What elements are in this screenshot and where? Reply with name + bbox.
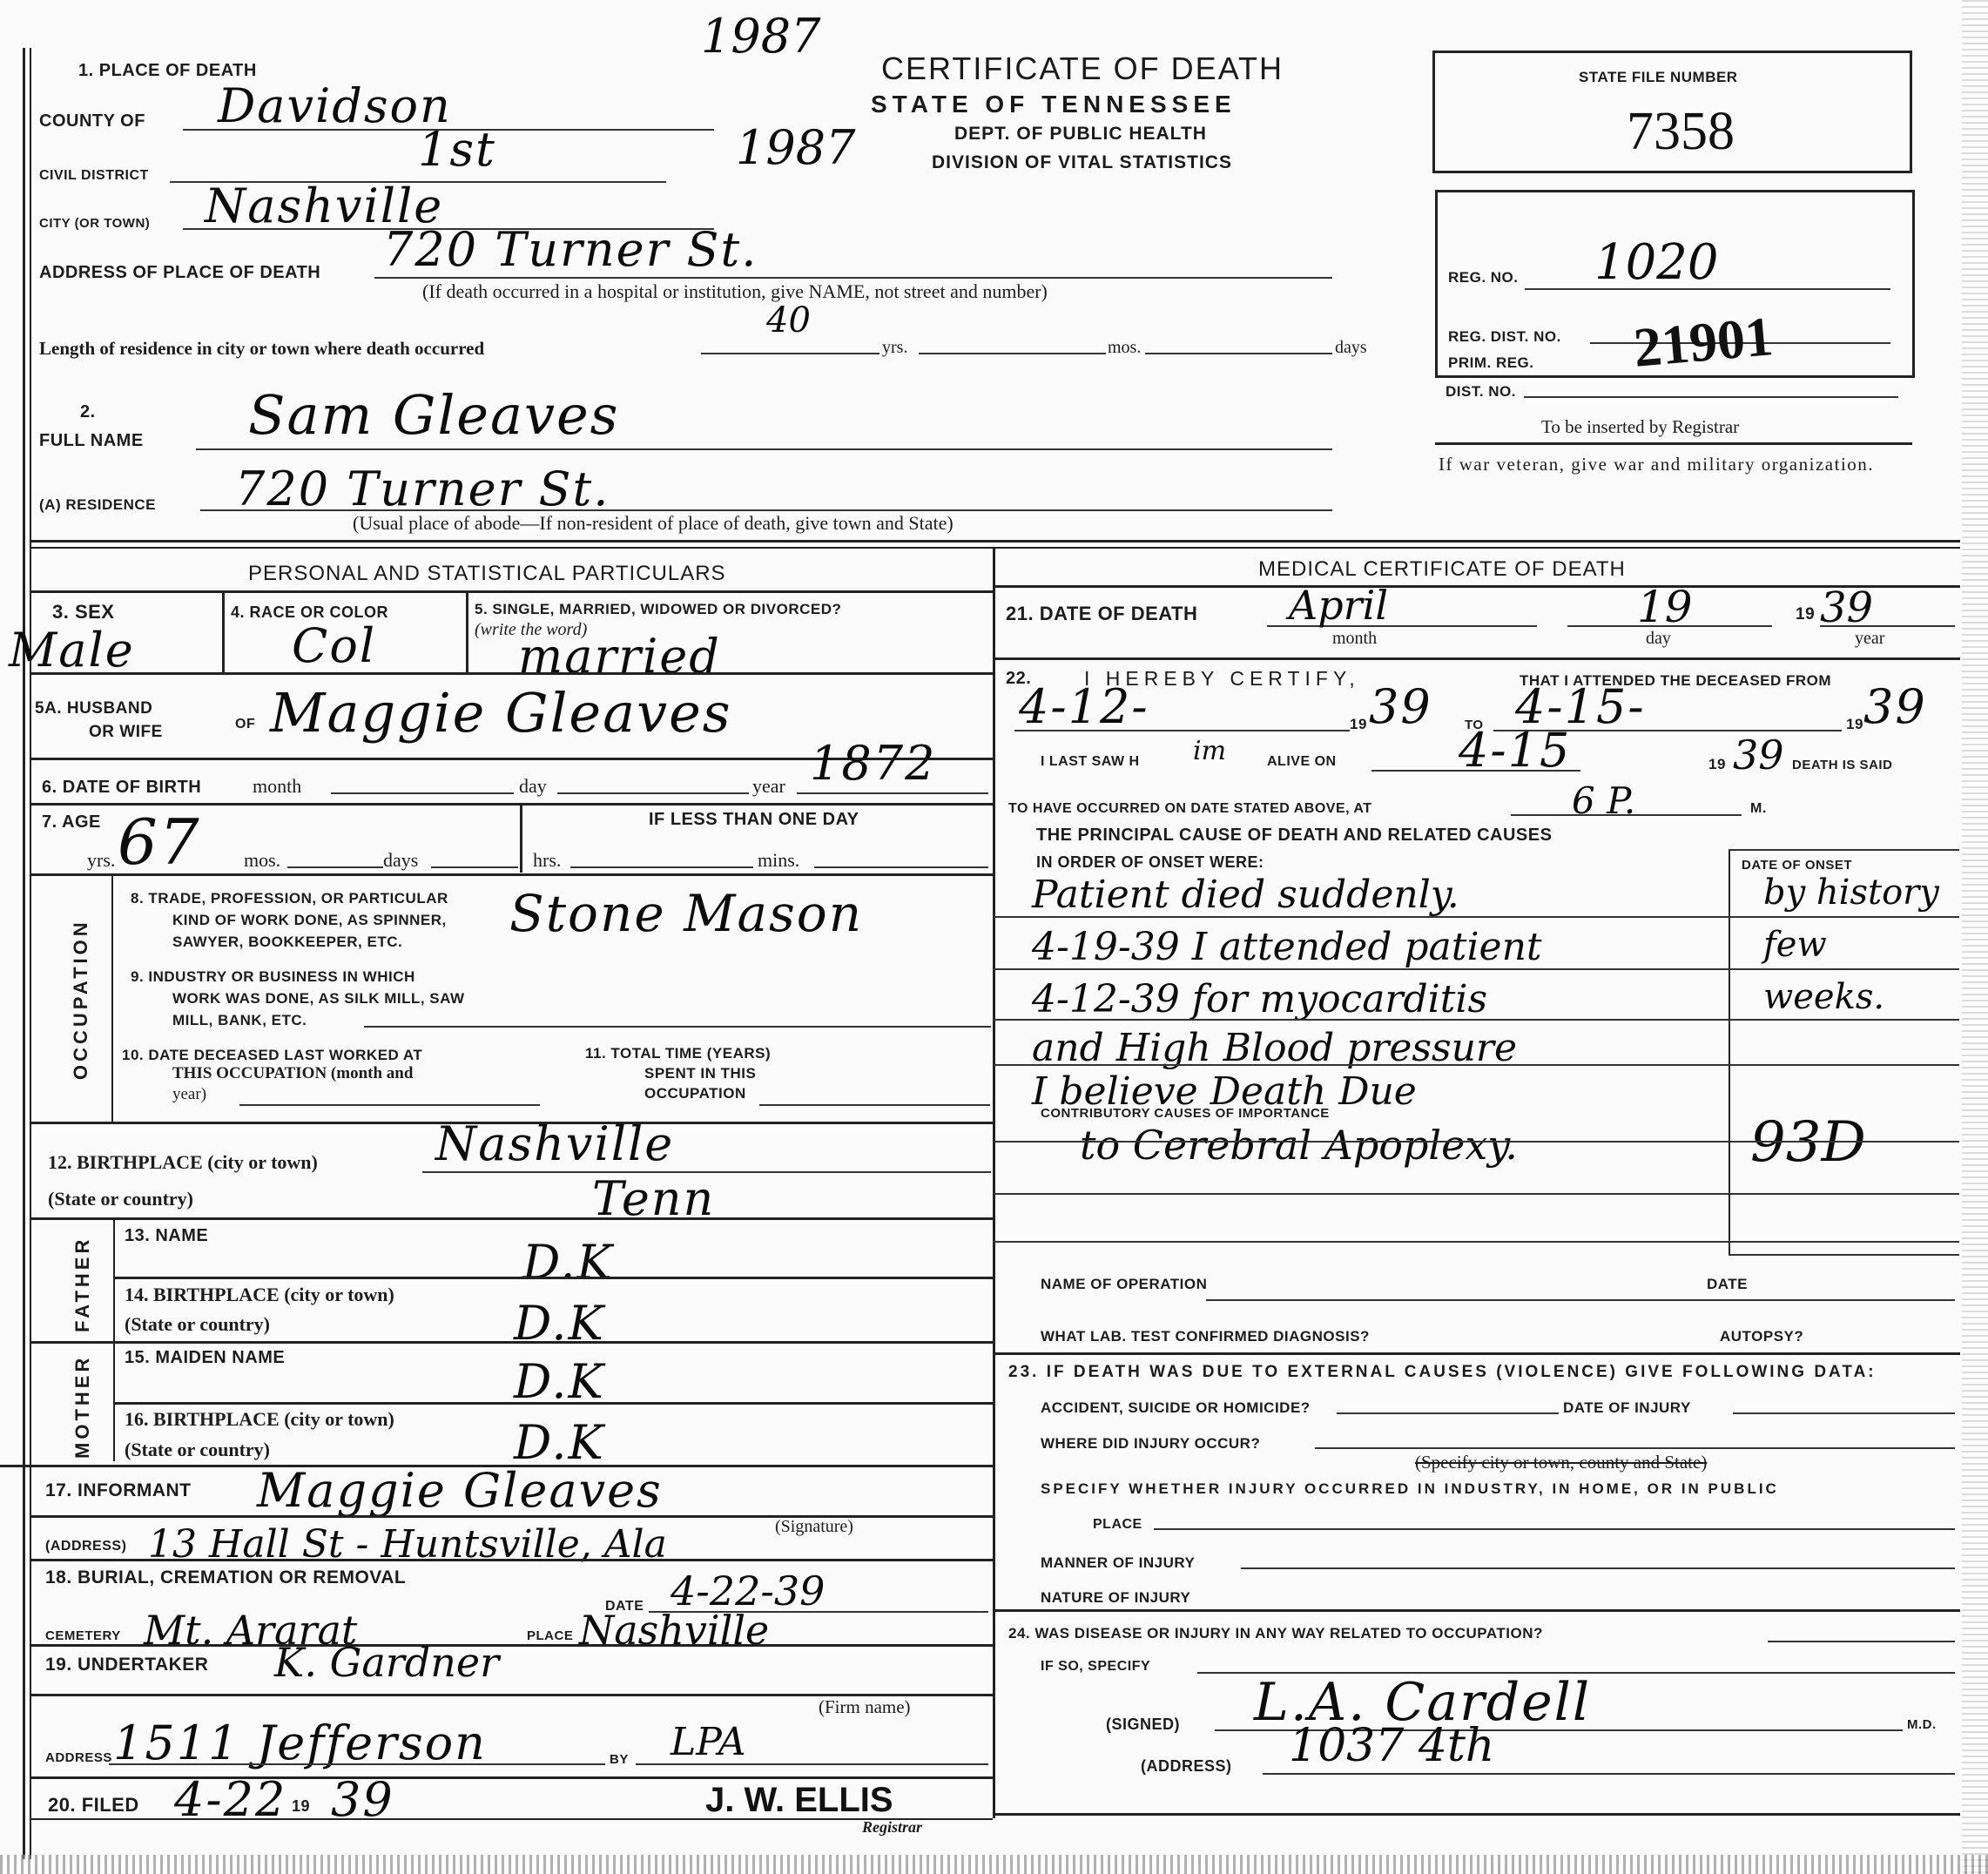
last-worked-label-1: 10. DATE DECEASED LAST WORKED AT bbox=[122, 1047, 422, 1064]
mother-name-value: D.K bbox=[514, 1354, 605, 1409]
physician-address-label: (ADDRESS) bbox=[1141, 1757, 1232, 1776]
registrar-title: Registrar bbox=[862, 1818, 922, 1837]
total-time-line bbox=[759, 1104, 990, 1106]
dob-year-value: 1872 bbox=[810, 736, 936, 791]
full-name-number: 2. bbox=[80, 402, 96, 422]
mother-vertical-label: MOTHER bbox=[71, 1355, 94, 1459]
by-label: BY bbox=[610, 1752, 629, 1767]
registrar-box-bottom bbox=[1435, 442, 1912, 445]
mother-birthplace-value: D.K bbox=[514, 1415, 605, 1470]
total-time-label-2: SPENT IN THIS bbox=[644, 1065, 756, 1082]
personal-header: PERSONAL AND STATISTICAL PARTICULARS bbox=[248, 562, 726, 586]
operation-line bbox=[1206, 1299, 1955, 1301]
industry-label-3: MILL, BANK, ETC. bbox=[172, 1012, 307, 1029]
last-saw-date-value: 4-15 bbox=[1459, 723, 1571, 778]
age-mos-line bbox=[287, 866, 383, 868]
row-line-sex bbox=[31, 672, 993, 675]
district-stamp: 21901 bbox=[1631, 304, 1776, 381]
mother-state-label: (State or country) bbox=[125, 1439, 270, 1461]
onset-bottom-line bbox=[1729, 1254, 1959, 1256]
cause-line-1: Patient died suddenly. bbox=[1032, 873, 1459, 917]
mos-line bbox=[919, 353, 1106, 354]
autopsy-label: AUTOPSY? bbox=[1720, 1328, 1803, 1345]
birthplace-label: 12. BIRTHPLACE (city or town) bbox=[48, 1151, 318, 1174]
undertaker-label: 19. UNDERTAKER bbox=[45, 1655, 208, 1675]
row-line-filed bbox=[31, 1818, 993, 1820]
spouse-label-1: 5A. HUSBAND bbox=[35, 699, 152, 718]
address-hint: (If death occurred in a hospital or inst… bbox=[422, 280, 1048, 303]
mins-line bbox=[814, 866, 988, 868]
industry-line bbox=[364, 1026, 991, 1028]
dod-year-line bbox=[1820, 625, 1955, 627]
cause-rule-4 bbox=[993, 1064, 1959, 1066]
full-name-label: FULL NAME bbox=[39, 431, 144, 451]
physician-address-line bbox=[1263, 1773, 1955, 1775]
full-name-value: Sam Gleaves bbox=[248, 383, 619, 447]
row-line-dod bbox=[993, 657, 1960, 660]
undertaker-address-line bbox=[109, 1763, 605, 1765]
occupation-related-label: 24. WAS DISEASE OR INJURY IN ANY WAY REL… bbox=[1008, 1625, 1543, 1642]
m-label: M. bbox=[1750, 801, 1767, 817]
last-saw-year-value: 39 bbox=[1733, 731, 1784, 779]
external-causes-label: 23. IF DEATH WAS DUE TO EXTERNAL CAUSES … bbox=[1008, 1363, 1877, 1382]
attended-to-year-value: 39 bbox=[1863, 679, 1927, 734]
alive-on-label: ALIVE ON bbox=[1267, 754, 1337, 770]
dob-month-line bbox=[331, 792, 514, 794]
md-label: M.D. bbox=[1907, 1717, 1937, 1732]
last-saw-year-prefix: 19 bbox=[1708, 756, 1726, 773]
father-state-label: (State or country) bbox=[125, 1313, 270, 1336]
contributory-code: 93D bbox=[1750, 1110, 1866, 1175]
row-line-nature bbox=[993, 1609, 1960, 1612]
manner-line bbox=[1241, 1567, 1955, 1569]
division-title: DIVISION OF VITAL STATISTICS bbox=[932, 152, 1232, 173]
city-label: CITY (OR TOWN) bbox=[39, 216, 150, 231]
address-of-death-value: 720 Turner St. bbox=[383, 222, 758, 277]
industry-label-2: WORK WAS DONE, AS SILK MILL, SAW bbox=[172, 990, 465, 1008]
dob-year-label: year bbox=[752, 775, 785, 798]
injury-date-line bbox=[1733, 1412, 1955, 1414]
certificate-title: CERTIFICATE OF DEATH bbox=[881, 51, 1284, 87]
if-so-label: IF SO, SPECIFY bbox=[1041, 1659, 1150, 1675]
principal-cause-label: THE PRINCIPAL CAUSE OF DEATH AND RELATED… bbox=[1036, 826, 1552, 846]
specify-label: SPECIFY WHETHER INJURY OCCURRED IN INDUS… bbox=[1041, 1480, 1779, 1498]
onset-divider bbox=[1729, 849, 1730, 1110]
dob-day-line bbox=[557, 792, 749, 794]
burial-label: 18. BURIAL, CREMATION OR REMOVAL bbox=[45, 1567, 406, 1588]
age-days-label: days bbox=[383, 849, 418, 872]
residence-years-line bbox=[701, 353, 879, 354]
last-worked-line bbox=[239, 1104, 540, 1106]
age-yrs-label: yrs. bbox=[87, 849, 115, 872]
row-line-birthplace bbox=[31, 1217, 993, 1220]
undertaker-value: K. Gardner bbox=[274, 1639, 499, 1686]
state-file-box: STATE FILE NUMBER 7358 bbox=[1432, 51, 1912, 173]
registrar-box: REG. No. 1020 REG. DIST. No. PRIM. REG. … bbox=[1435, 190, 1915, 378]
contributory-rule-3 bbox=[993, 1241, 1959, 1243]
residence-length-label: Length of residence in city or town wher… bbox=[39, 338, 484, 360]
state-file-label: STATE FILE NUMBER bbox=[1579, 69, 1738, 86]
dept-title: DEPT. OF PUBLIC HEALTH bbox=[954, 124, 1207, 145]
mother-birthplace-label: 16. BIRTHPLACE (city or town) bbox=[125, 1408, 394, 1431]
dob-month-label: month bbox=[253, 775, 301, 798]
contributory-value: to Cerebral Apoplexy. bbox=[1080, 1122, 1518, 1169]
spouse-of-label: OF bbox=[235, 717, 255, 732]
residence-years-value: 40 bbox=[766, 300, 811, 340]
attended-from-value: 4-12- bbox=[1019, 679, 1149, 734]
row-line-burial bbox=[31, 1644, 993, 1647]
left-border-inner bbox=[30, 48, 31, 1859]
county-value: Davidson bbox=[218, 78, 452, 133]
father-vertical-label: FATHER bbox=[71, 1237, 94, 1332]
manner-label: MANNER OF INJURY bbox=[1041, 1554, 1195, 1572]
physician-address-value: 1037 4th bbox=[1289, 1720, 1494, 1772]
scan-noise-bottom bbox=[0, 1855, 1988, 1874]
dob-day-label: day bbox=[519, 775, 547, 798]
where-hint: (Specify city or town, county and State) bbox=[1415, 1452, 1707, 1473]
total-time-label-3: OCCUPATION bbox=[644, 1085, 746, 1102]
by-value: LPA bbox=[671, 1720, 746, 1764]
dod-day-value: 19 bbox=[1637, 582, 1693, 632]
annotation-top: 1987 bbox=[701, 9, 820, 64]
cause-rule-3 bbox=[993, 1019, 1959, 1021]
death-said-label: DEATH IS SAID bbox=[1792, 758, 1892, 772]
prim-reg-label: PRIM. REG. bbox=[1448, 354, 1534, 372]
cause-line-2: 4-19-39 I attended patient bbox=[1032, 925, 1542, 969]
age-mos-label: mos. bbox=[244, 849, 280, 872]
residence-hint: (Usual place of abode—If non-resident of… bbox=[353, 512, 954, 535]
scan-noise-right bbox=[1962, 0, 1988, 1874]
father-birthplace-label: 14. BIRTHPLACE (city or town) bbox=[125, 1284, 394, 1306]
informant-label: 17. INFORMANT bbox=[45, 1480, 192, 1501]
annotation-side: 1987 bbox=[736, 120, 855, 175]
trade-value: Stone Mason bbox=[509, 884, 863, 943]
hrs-label: hrs. bbox=[533, 849, 561, 872]
informant-value: Maggie Gleaves bbox=[257, 1463, 663, 1518]
attended-from-line bbox=[1014, 730, 1350, 731]
row-line-informant-address bbox=[31, 1559, 993, 1561]
onset-line-3: weeks. bbox=[1763, 977, 1884, 1017]
marital-value: married bbox=[518, 629, 721, 684]
row-line-lab bbox=[993, 1352, 1960, 1355]
attended-to-year-prefix: 19 bbox=[1846, 716, 1863, 733]
trade-label-1: 8. TRADE, PROFESSION, OR PARTICULAR bbox=[131, 890, 448, 907]
age-value: 67 bbox=[118, 806, 201, 879]
mins-label: mins. bbox=[758, 849, 799, 872]
dod-month-label: month bbox=[1332, 629, 1377, 649]
reg-dist-label: REG. DIST. No. bbox=[1448, 328, 1561, 346]
dist-no-line bbox=[1524, 396, 1898, 398]
onset-divider-lower bbox=[1729, 1110, 1730, 1254]
race-marital-divider bbox=[466, 592, 468, 672]
attended-from-year-prefix: 19 bbox=[1350, 716, 1367, 733]
civil-district-value: 1st bbox=[418, 122, 496, 177]
state-title: STATE OF TENNESSEE bbox=[871, 91, 1237, 118]
total-time-label-1: 11. TOTAL TIME (YEARS) bbox=[585, 1045, 771, 1062]
undertaker-address-label: ADDRESS bbox=[45, 1750, 112, 1765]
cemetery-label: CEMETERY bbox=[45, 1628, 121, 1643]
state-file-number: 7358 bbox=[1627, 101, 1735, 163]
address-of-death-label: ADDRESS OF PLACE OF DEATH bbox=[39, 263, 320, 283]
row-line-father-name bbox=[113, 1277, 993, 1279]
onset-line-2: few bbox=[1763, 925, 1827, 965]
medical-header: MEDICAL CERTIFICATE OF DEATH bbox=[1258, 557, 1626, 582]
place-injury-label: PLACE bbox=[1093, 1517, 1142, 1533]
place-label: PLACE bbox=[527, 1628, 573, 1643]
age-days-line bbox=[431, 866, 518, 868]
contributory-rule-2 bbox=[993, 1193, 1959, 1195]
hrs-line bbox=[570, 866, 753, 868]
operation-date-label: DATE bbox=[1707, 1276, 1748, 1293]
signature-label: (Signature) bbox=[775, 1517, 853, 1537]
accident-line bbox=[1337, 1412, 1559, 1414]
birthplace-city-value: Nashville bbox=[435, 1116, 674, 1171]
sex-label: 3. SEX bbox=[52, 601, 114, 624]
dod-month-value: April bbox=[1289, 582, 1388, 629]
less-day-label: IF LESS THAN ONE DAY bbox=[649, 810, 859, 830]
left-border bbox=[23, 48, 25, 1859]
where-label: WHERE DID INJURY OCCUR? bbox=[1041, 1435, 1260, 1453]
onset-line-1: by history bbox=[1763, 873, 1939, 913]
cause-line-3: 4-12-39 for myocarditis bbox=[1032, 977, 1487, 1021]
contributory-rule-1 bbox=[993, 1141, 1959, 1143]
row-line-mother-name bbox=[113, 1402, 993, 1405]
dob-label: 6. DATE OF BIRTH bbox=[42, 778, 201, 798]
last-worked-label-2: THIS OCCUPATION (month and bbox=[172, 1064, 413, 1083]
parents-divider bbox=[113, 1217, 115, 1461]
dod-year-prefix: 19 bbox=[1796, 605, 1815, 624]
race-value: Col bbox=[292, 618, 376, 673]
reg-no-value: 1020 bbox=[1594, 234, 1719, 291]
mos-label: mos. bbox=[1108, 338, 1141, 358]
father-name-label: 13. NAME bbox=[125, 1226, 208, 1246]
row-line-age bbox=[31, 873, 993, 876]
row-line-father bbox=[31, 1341, 993, 1344]
occupation-related-line bbox=[1768, 1641, 1955, 1642]
center-divider bbox=[993, 547, 995, 1818]
address-of-death-line bbox=[374, 277, 1332, 279]
firm-name-label: (Firm name) bbox=[819, 1696, 911, 1718]
occupation-divider bbox=[111, 873, 113, 1122]
occurred-label: TO HAVE OCCURRED ON DATE STATED ABOVE, A… bbox=[1008, 801, 1372, 817]
days-label: days bbox=[1335, 338, 1367, 358]
filed-19-label: 19 bbox=[292, 1797, 310, 1816]
injury-date-label: DATE OF INJURY bbox=[1563, 1399, 1691, 1417]
dod-year-label: year bbox=[1855, 629, 1884, 649]
sex-race-divider bbox=[222, 592, 225, 672]
residence-label: (A) RESIDENCE bbox=[39, 496, 156, 514]
accident-label: ACCIDENT, SUICIDE OR HOMICIDE? bbox=[1041, 1399, 1311, 1417]
trade-label-3: SAWYER, BOOKKEEPER, ETC. bbox=[172, 934, 402, 951]
signed-label: (SIGNED) bbox=[1106, 1716, 1180, 1734]
days-line bbox=[1145, 353, 1332, 354]
row-line-bottom-right bbox=[993, 1813, 1960, 1816]
registrar-note: To be inserted by Registrar bbox=[1541, 416, 1739, 438]
age-less-divider bbox=[520, 803, 522, 873]
operation-label: NAME OF OPERATION bbox=[1041, 1276, 1207, 1293]
nature-label: NATURE OF INJURY bbox=[1041, 1589, 1190, 1607]
full-name-line bbox=[196, 448, 1332, 450]
birthplace-state-label: (State or country) bbox=[48, 1188, 193, 1210]
yrs-label: yrs. bbox=[882, 338, 907, 358]
residence-value: 720 Turner St. bbox=[235, 462, 610, 516]
onset-top-line bbox=[1729, 849, 1959, 851]
time-value: 6 P. bbox=[1572, 779, 1635, 822]
industry-label-1: 9. INDUSTRY OR BUSINESS IN WHICH bbox=[131, 968, 415, 986]
where-line bbox=[1315, 1447, 1955, 1449]
section-divider-top2 bbox=[31, 547, 1960, 549]
war-veteran-note: If war veteran, give war and military or… bbox=[1439, 453, 1909, 475]
occupation-vertical-label: OCCUPATION bbox=[70, 919, 92, 1080]
personal-header-line bbox=[31, 590, 993, 593]
civil-district-label: CIVIL DISTRICT bbox=[39, 168, 149, 184]
section-divider-top bbox=[31, 540, 1960, 543]
attended-from-year-value: 39 bbox=[1369, 679, 1432, 734]
cause-rule-1 bbox=[993, 916, 1959, 918]
last-saw-label: I LAST SAW H bbox=[1041, 754, 1140, 770]
spouse-label-2: OR WIFE bbox=[89, 723, 163, 742]
age-label: 7. AGE bbox=[42, 812, 101, 833]
reg-no-label: REG. No. bbox=[1448, 269, 1519, 286]
contributory-label: CONTRIBUTORY CAUSES OF IMPORTANCE bbox=[1041, 1106, 1330, 1121]
mother-name-label: 15. MAIDEN NAME bbox=[125, 1348, 285, 1368]
death-certificate-page: 1987 1987 CERTIFICATE OF DEATH STATE OF … bbox=[0, 0, 1988, 1874]
sex-value: Male bbox=[9, 623, 135, 677]
trade-label-2: KIND OF WORK DONE, AS SPINNER, bbox=[172, 912, 447, 929]
onset-date-label: DATE OF ONSET bbox=[1742, 858, 1852, 873]
onset-order-label: IN ORDER OF ONSET WERE: bbox=[1036, 853, 1264, 872]
father-name-value: D.K bbox=[522, 1235, 614, 1290]
spouse-value: Maggie Gleaves bbox=[270, 681, 732, 745]
cause-rule-2 bbox=[993, 968, 1959, 970]
filed-label: 20. FILED bbox=[48, 1794, 139, 1817]
last-worked-label-3: year) bbox=[172, 1085, 206, 1104]
dist-no-label: DIST. No. bbox=[1446, 383, 1516, 401]
county-label: COUNTY OF bbox=[39, 111, 145, 131]
dob-year-line bbox=[797, 792, 988, 794]
informant-address-label: (ADDRESS) bbox=[45, 1539, 126, 1554]
dod-day-label: day bbox=[1646, 629, 1671, 649]
medical-header-line bbox=[993, 585, 1960, 588]
lab-test-label: WHAT LAB. TEST CONFIRMED DIAGNOSIS? bbox=[1041, 1328, 1370, 1345]
place-injury-line bbox=[1154, 1528, 1955, 1530]
dod-label: 21. DATE OF DEATH bbox=[1006, 603, 1197, 625]
marital-label: 5. SINGLE, MARRIED, WIDOWED OR DIVORCED? bbox=[475, 601, 841, 618]
registrar-name: J. W. ELLIS bbox=[705, 1781, 893, 1820]
undertaker-address-value: 1511 Jefferson bbox=[113, 1716, 487, 1770]
last-saw-pronoun: im bbox=[1193, 736, 1226, 766]
